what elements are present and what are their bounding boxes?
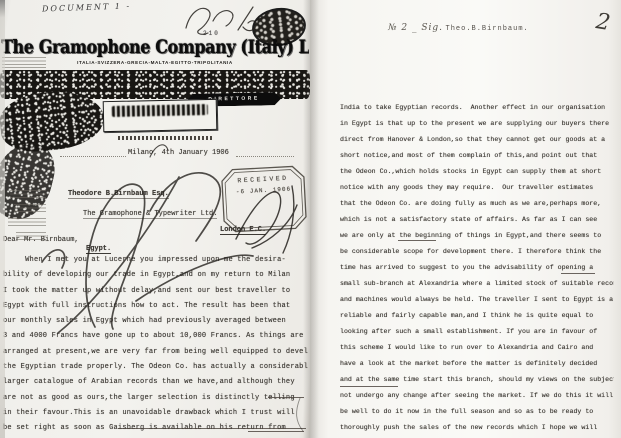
typewritten-line: which is not a satisfactory state of aff… xyxy=(340,212,614,228)
addressee-company: The Gramophone & Typewriter Ltd. xyxy=(83,210,217,219)
dateline: Milano, 4th January 1906 xyxy=(128,149,229,157)
typewritten-line: this scheme I would like to run over to … xyxy=(340,340,614,356)
ink-underline xyxy=(118,428,306,429)
typewritten-line: not undergo any change after seeing the … xyxy=(340,388,614,404)
scanned-document: DOCUMENT 1 - 210 The Gramophone Company … xyxy=(0,0,621,438)
salutation: Dear Mr. Birnbaum, xyxy=(3,236,79,244)
typewritten-line: and machines would always be held. The t… xyxy=(340,292,614,308)
page-gutter-shadow xyxy=(303,0,319,438)
received-stamp-date: -6 JAN. 1906 xyxy=(221,185,305,196)
addressee-name: Theodore B.Birnbaum Esq. xyxy=(68,190,169,199)
typewritten-line: small sub-branch at Alexandria where a l… xyxy=(340,276,614,292)
scan-edge xyxy=(0,0,5,438)
typewritten-line: When I met you at Lucerne you impressed … xyxy=(3,253,308,268)
ink-underline xyxy=(561,273,595,274)
typewritten-line: are not as good as ours,the larger selec… xyxy=(3,391,308,406)
typewritten-line: in Egypt is that up to the present we ar… xyxy=(340,116,614,132)
margin-microprint xyxy=(8,218,46,228)
typewritten-line: bility of developing our trade in Egypt,… xyxy=(3,268,308,283)
typewritten-line: notice with any goods they may require. … xyxy=(340,180,614,196)
typewritten-line: the Odeon Co.,which holds stocks in Egyp… xyxy=(340,164,614,180)
typewritten-line: looking after such a small establishment… xyxy=(340,324,614,340)
ink-underline xyxy=(398,240,436,241)
typewritten-line: short notice,and most of them complain o… xyxy=(340,148,614,164)
letter-page-1: DOCUMENT 1 - 210 The Gramophone Company … xyxy=(0,0,310,438)
company-name: The Gramophone Company (Italy) Limited xyxy=(1,36,309,58)
typewritten-line: in their favour.This is an unavoidable d… xyxy=(3,406,308,421)
letterhead-emblem xyxy=(103,99,218,132)
typewritten-body-page1: When I met you at Lucerne you impressed … xyxy=(3,253,308,437)
typewritten-line: have a look at the market before the mat… xyxy=(340,356,614,372)
page2-header-addressee: Theo.B.Birnbaum. xyxy=(446,25,529,33)
typewritten-line: thoroughly push the sales of the new rec… xyxy=(340,420,614,436)
received-stamp: RECEIVED -6 JAN. 1906 xyxy=(220,165,307,233)
typewritten-line: be considerable scope for development th… xyxy=(340,244,614,260)
typewritten-line: that the Odeon Co. are doing fully as mu… xyxy=(340,196,614,212)
typewritten-line: be well to do it now in the full season … xyxy=(340,404,614,420)
ink-underline xyxy=(340,386,398,387)
typewritten-line: reliable and fairly capable man,and I th… xyxy=(340,308,614,324)
typewritten-line: India to take Egyptian records. Another … xyxy=(340,100,614,116)
typewritten-line: direct from Hanover & London,so that the… xyxy=(340,132,614,148)
page2-header-prefix: № 2 _ Sig. xyxy=(388,23,443,33)
dotted-leader xyxy=(60,156,126,157)
archive-annotation: DOCUMENT 1 - xyxy=(42,1,131,13)
typewritten-line: larger catalogue of Arabian records than… xyxy=(3,375,308,390)
emblem-subtitle-microprint xyxy=(118,136,214,140)
typewritten-line: the Egyptian trade properly. The Odeon C… xyxy=(3,360,308,375)
ink-underline xyxy=(268,397,304,398)
addressee-city: London E.C. xyxy=(220,226,266,235)
dotted-leader xyxy=(236,156,294,157)
typewritten-line: our monthly sales in Egypt which had pre… xyxy=(3,314,308,329)
typewritten-line: arranged at present,we are very far from… xyxy=(3,345,308,360)
typewritten-line: I took the matter up without delay,and s… xyxy=(3,284,308,299)
typewritten-line: Egypt with full instructions how to act.… xyxy=(3,299,308,314)
emblem-ornate-text xyxy=(112,104,208,117)
ink-underline xyxy=(248,431,304,432)
typewritten-line: 3 and 4000 Francs have gone up to about … xyxy=(3,329,308,344)
received-stamp-title: RECEIVED xyxy=(221,174,305,185)
margin-microprint xyxy=(10,190,46,200)
territories-line: ITALIA-SVIZZERA-GRECIA-MALTA-EGITTO-TRIP… xyxy=(20,60,290,65)
page2-header: № 2 _ Sig. Theo.B.Birnbaum. xyxy=(388,22,529,33)
margin-microprint xyxy=(14,204,46,214)
typewritten-line: we are only at the beginning of things i… xyxy=(340,228,614,244)
